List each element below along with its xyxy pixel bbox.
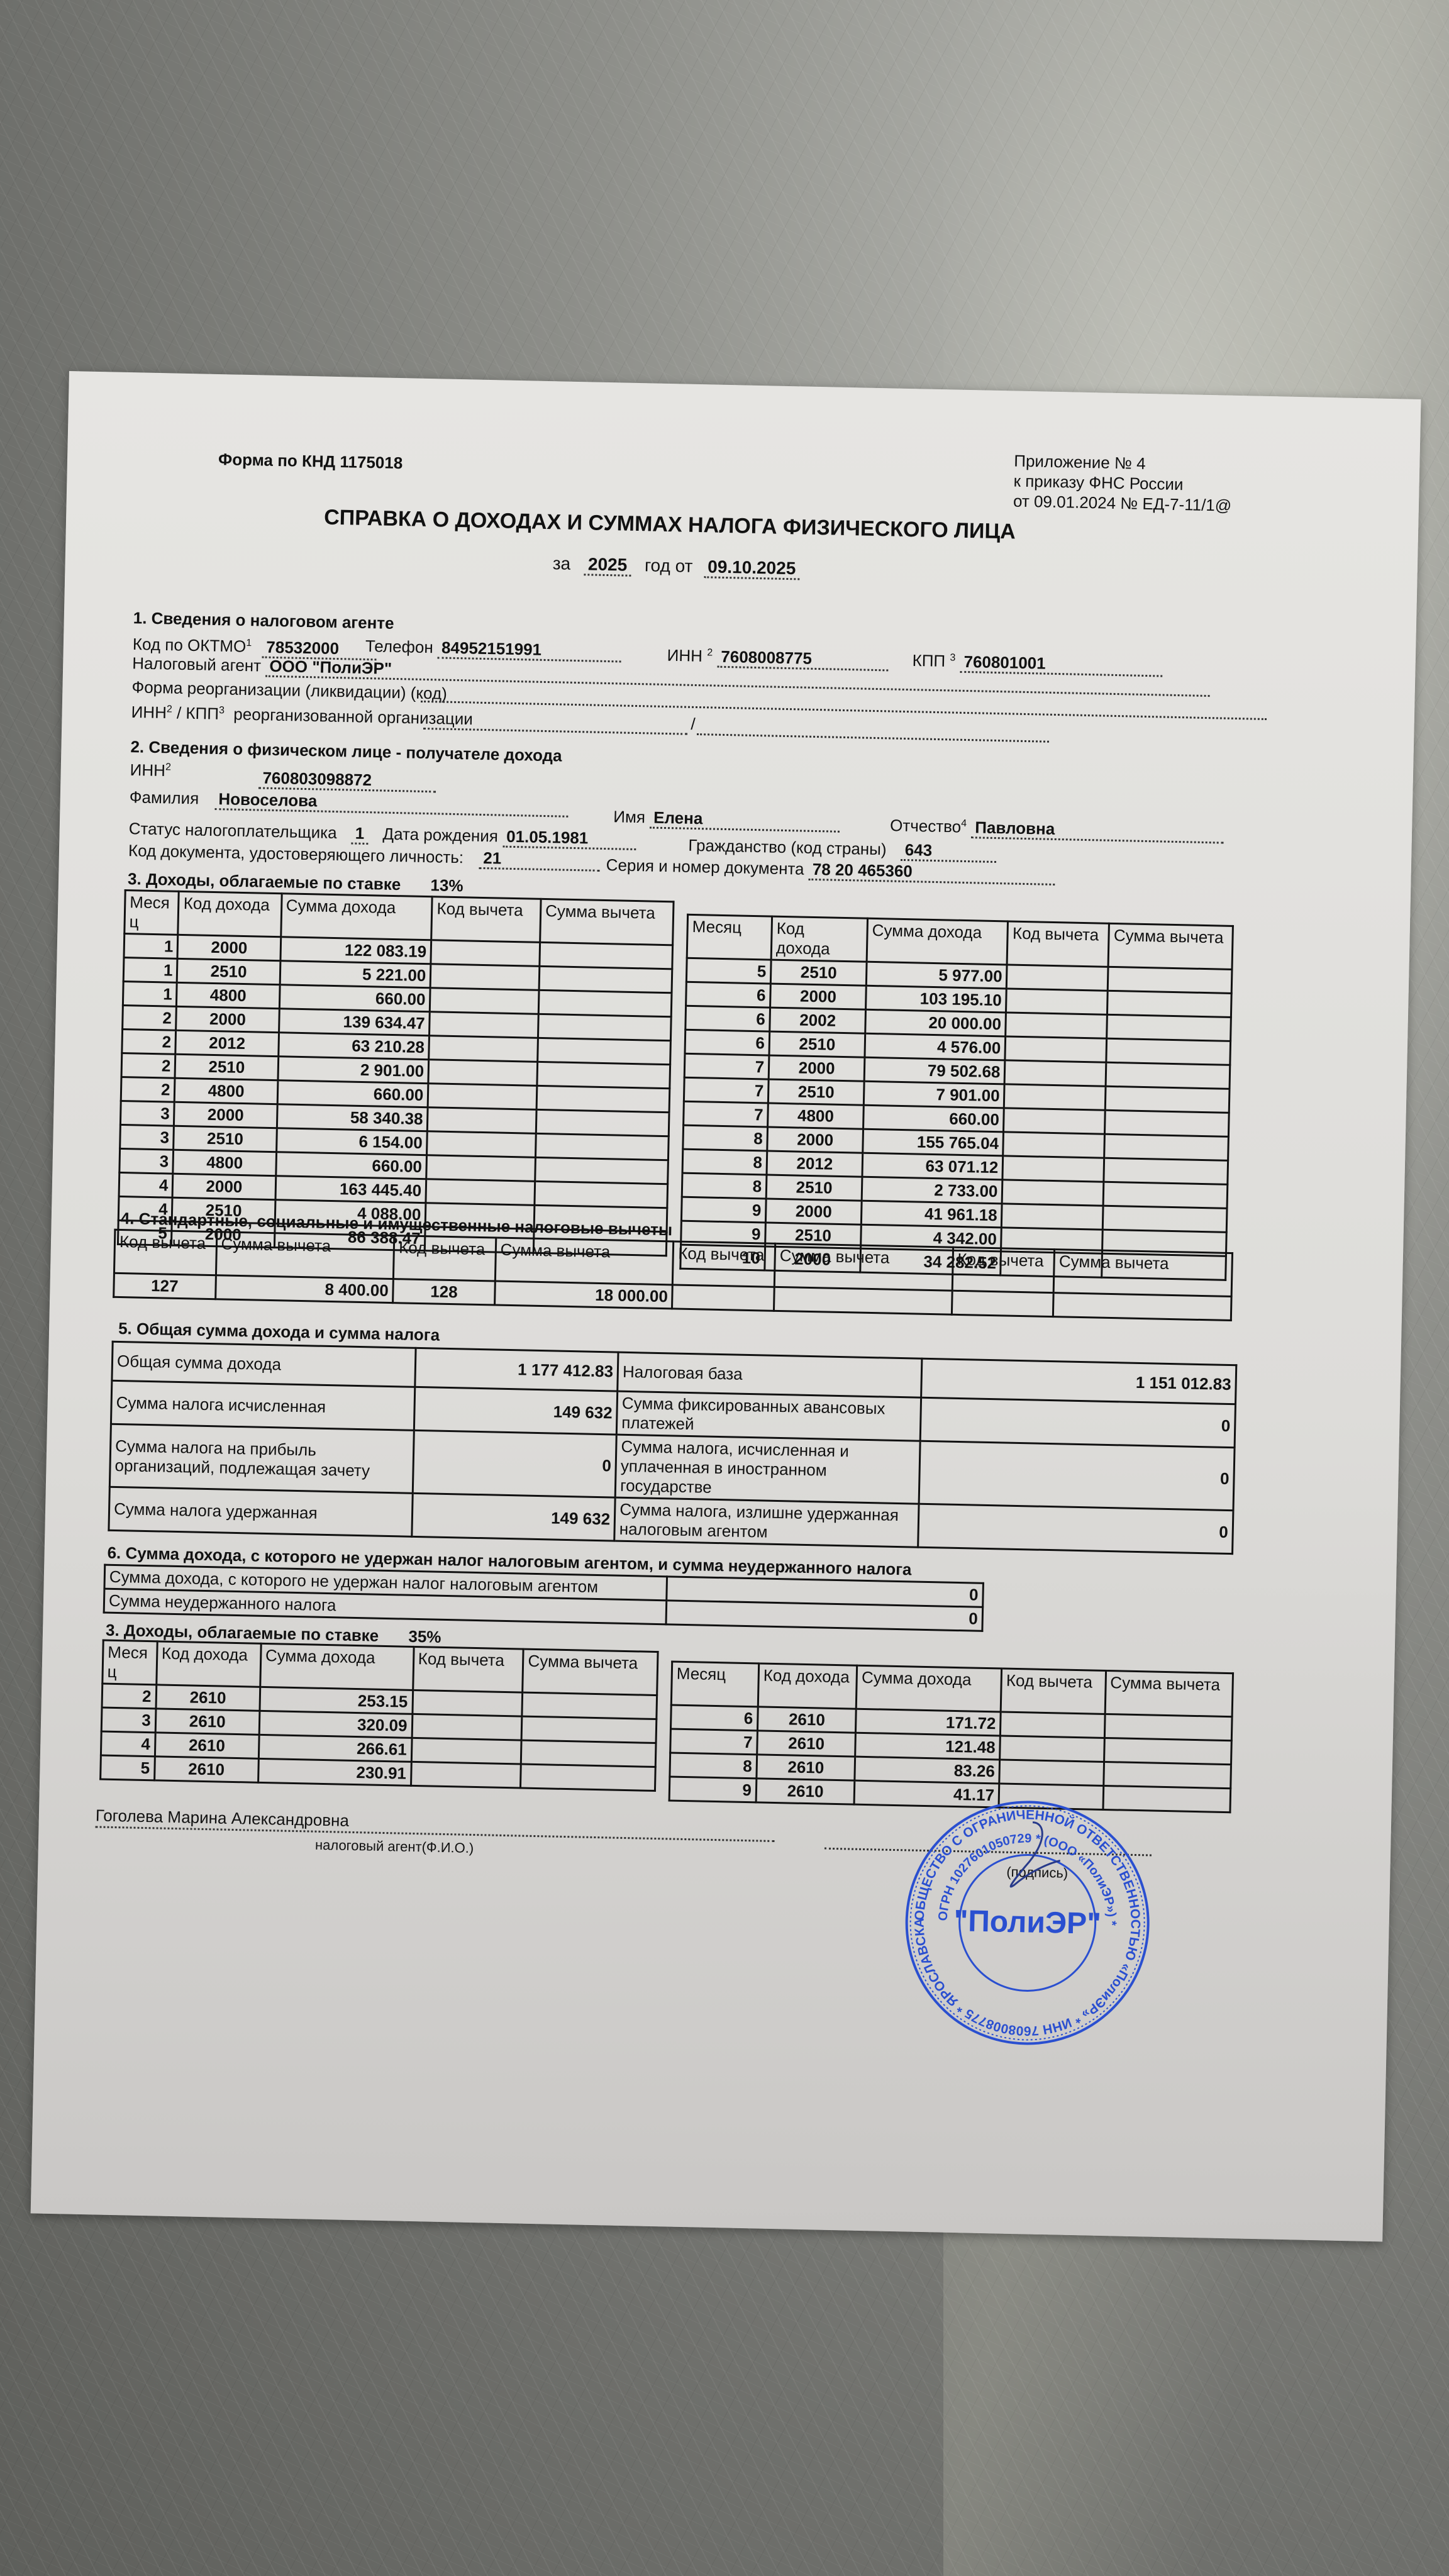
doc-number-label: Серия и номер документа bbox=[606, 855, 804, 879]
deduction-amount-cell bbox=[1108, 967, 1232, 993]
income13-table-left: Меся цКод доходаСумма доходаКод вычетаСу… bbox=[117, 889, 675, 1257]
oktmo-label: Код по ОКТМО bbox=[133, 635, 247, 656]
month-cell: 7 bbox=[684, 1101, 769, 1127]
period-line: за 2025 год от 09.10.2025 bbox=[552, 554, 799, 580]
agent-caption: налоговый агент(Ф.И.О.) bbox=[315, 1836, 474, 1858]
column-header: Сумма вычета bbox=[774, 1243, 953, 1291]
column-header: Сумма вычета bbox=[523, 1649, 658, 1695]
income-amount-cell: 2 733.00 bbox=[862, 1177, 1002, 1204]
agent-kpp-label: КПП bbox=[912, 651, 945, 670]
deduction-code-cell bbox=[1002, 1180, 1104, 1206]
deduction-code-cell bbox=[1006, 1013, 1108, 1038]
income-code-cell: 2510 bbox=[768, 1079, 864, 1105]
deduction-code-cell bbox=[1003, 1132, 1105, 1158]
deduction-amount-cell bbox=[537, 1062, 670, 1088]
total-label-cell: Сумма налога, исчисленная и уплаченная в… bbox=[615, 1435, 919, 1504]
income13-table-right: МесяцКод доходаСумма доходаКод вычетаСум… bbox=[679, 914, 1234, 1281]
income-amount-cell: 4 576.00 bbox=[865, 1033, 1006, 1060]
person-inn-label: ИНН2 bbox=[130, 757, 171, 780]
deduction-code-cell bbox=[426, 1155, 535, 1182]
deduction-amount-cell bbox=[539, 966, 672, 992]
person-inn-label-text: ИНН bbox=[130, 760, 165, 780]
income-amount-cell: 122 083.19 bbox=[280, 937, 431, 964]
oktmo-footnote: 1 bbox=[246, 638, 252, 648]
total-label-cell: Сумма налога, излишне удержанная налогов… bbox=[614, 1497, 919, 1547]
citizenship-value: 643 bbox=[901, 840, 997, 863]
income-code-cell: 2002 bbox=[770, 1008, 866, 1033]
month-cell: 4 bbox=[119, 1172, 173, 1197]
income-amount-cell: 660.00 bbox=[277, 1080, 429, 1108]
citizenship-label: Гражданство (код страны) bbox=[688, 836, 887, 859]
column-header: Код вычета bbox=[673, 1241, 775, 1287]
income-amount-cell: 5 221.00 bbox=[280, 961, 431, 988]
column-header: Код дохода bbox=[758, 1663, 857, 1709]
income-code-cell: 2510 bbox=[769, 1031, 865, 1057]
deduction-code-cell bbox=[1007, 965, 1109, 991]
deduction-amount-cell bbox=[1105, 1110, 1229, 1136]
column-header: Сумма дохода bbox=[856, 1665, 1001, 1712]
deduction-code-cell bbox=[411, 1738, 522, 1764]
birth-label: Дата рождения bbox=[382, 824, 498, 846]
deduction-code-cell bbox=[428, 1084, 536, 1110]
patronymic-value: Павловна bbox=[971, 818, 1224, 843]
month-cell: 6 bbox=[686, 982, 771, 1008]
income-amount-cell: 103 195.10 bbox=[866, 985, 1007, 1013]
income-amount-cell: 20 000.00 bbox=[865, 1009, 1006, 1036]
deduction-code-cell bbox=[1001, 1712, 1105, 1738]
income-code-cell: 2000 bbox=[767, 1127, 863, 1153]
for-label: за bbox=[552, 553, 570, 574]
income35-rate: 35% bbox=[408, 1627, 441, 1646]
deduction-amount-cell bbox=[521, 1716, 656, 1743]
deduction-code-cell bbox=[1006, 989, 1108, 1014]
month-cell: 3 bbox=[101, 1707, 155, 1733]
deduction-amount-cell bbox=[1053, 1293, 1231, 1321]
income-amount-cell: 320.09 bbox=[259, 1711, 413, 1738]
deduction-code-cell bbox=[952, 1291, 1053, 1316]
income-amount-cell: 171.72 bbox=[856, 1709, 1001, 1736]
reorg-separator: / bbox=[691, 714, 696, 733]
income-amount-cell: 7 901.00 bbox=[863, 1081, 1004, 1108]
income-amount-cell: 41 961.18 bbox=[861, 1201, 1002, 1228]
month-cell: 3 bbox=[119, 1148, 174, 1174]
agent-inn-label: ИНН bbox=[667, 646, 702, 665]
deduction-amount-cell bbox=[1106, 1086, 1230, 1113]
month-cell: 7 bbox=[684, 1077, 769, 1103]
column-header: Меся ц bbox=[103, 1640, 157, 1685]
deduction-code-cell bbox=[430, 964, 539, 991]
doc-code-value: 21 bbox=[479, 848, 601, 872]
patronymic-label: Отчество bbox=[890, 816, 962, 836]
deduction-amount-cell bbox=[1104, 1158, 1228, 1184]
deduction-amount-cell bbox=[535, 1157, 669, 1184]
income-amount-cell: 139 634.47 bbox=[279, 1009, 430, 1036]
month-cell: 3 bbox=[120, 1101, 174, 1126]
month-cell: 8 bbox=[683, 1125, 768, 1151]
income-amount-cell: 163 445.40 bbox=[275, 1176, 426, 1203]
deduction-amount-cell bbox=[521, 1740, 656, 1767]
income-code-cell: 2000 bbox=[174, 1102, 277, 1128]
phone-label: Телефон bbox=[365, 636, 433, 657]
month-cell: 1 bbox=[124, 934, 178, 959]
column-header: Сумма вычета bbox=[540, 899, 674, 945]
income-amount-cell: 58 340.38 bbox=[277, 1104, 428, 1131]
month-cell: 7 bbox=[684, 1053, 769, 1079]
first-name-value: Елена bbox=[650, 808, 840, 832]
deduction-code-cell bbox=[999, 1760, 1104, 1785]
income13-rate: 13% bbox=[430, 875, 464, 895]
report-date: 09.10.2025 bbox=[704, 557, 800, 580]
income-code-cell: 2610 bbox=[757, 1707, 856, 1733]
income35-table-right: МесяцКод доходаСумма доходаКод вычетаСум… bbox=[669, 1660, 1234, 1813]
income-code-cell: 2510 bbox=[177, 958, 280, 984]
deduction-code-cell bbox=[428, 1108, 536, 1134]
deduction-amount-cell bbox=[1104, 1134, 1228, 1160]
agent-label: Налоговый агент bbox=[132, 653, 261, 675]
deduction-amount-cell: 18 000.00 bbox=[494, 1281, 672, 1309]
deduction-amount-cell bbox=[1108, 991, 1231, 1017]
deduction-amount-cell bbox=[1107, 1014, 1231, 1041]
income-amount-cell: 660.00 bbox=[275, 1152, 427, 1179]
year-from-label: год от bbox=[645, 555, 693, 576]
deduction-amount-cell bbox=[1104, 1738, 1231, 1764]
income-code-cell: 2000 bbox=[176, 1006, 279, 1032]
surname-value: Новоселова bbox=[214, 789, 569, 818]
deduction-amount-cell bbox=[540, 942, 673, 969]
income-code-cell: 2000 bbox=[172, 1174, 275, 1199]
month-cell: 5 bbox=[686, 958, 771, 984]
income-amount-cell: 2 901.00 bbox=[277, 1057, 429, 1084]
income-amount-cell: 230.91 bbox=[258, 1758, 411, 1785]
income-code-cell: 2510 bbox=[770, 960, 867, 985]
month-cell: 2 bbox=[121, 1077, 175, 1102]
reorg-inn-kpp-row: ИНН2 / КПП3 реорганизованной организации bbox=[131, 699, 473, 728]
column-header: Код вычета bbox=[1008, 921, 1109, 967]
column-header: Сумма вычета bbox=[1105, 1670, 1233, 1716]
appendix-note: Приложение № 4 к приказу ФНС России от 0… bbox=[1013, 450, 1233, 515]
deduction-code-cell bbox=[430, 988, 539, 1014]
column-header: Код вычета bbox=[952, 1247, 1055, 1292]
month-cell: 8 bbox=[682, 1149, 767, 1175]
agent-kpp-footnote: 3 bbox=[950, 652, 955, 663]
total-label-cell: Сумма фиксированных авансовых платежей bbox=[616, 1391, 921, 1441]
section5-heading: 5. Общая сумма дохода и сумма налога bbox=[118, 1319, 440, 1345]
section1-heading: 1. Сведения о налоговом агенте bbox=[133, 608, 394, 633]
month-cell: 2 bbox=[102, 1684, 156, 1709]
column-header: Меся ц bbox=[125, 891, 179, 935]
doc-number-value: 78 20 465360 bbox=[808, 860, 1055, 885]
reorg-kpp-field bbox=[697, 733, 1049, 743]
deduction-amount-cell bbox=[1103, 1762, 1231, 1788]
month-cell: 8 bbox=[670, 1753, 757, 1779]
income-code-cell: 2000 bbox=[177, 935, 280, 960]
document-title: СПРАВКА О ДОХОДАХ И СУММАХ НАЛОГА ФИЗИЧЕ… bbox=[324, 506, 1016, 545]
deduction-amount-cell bbox=[538, 990, 672, 1016]
column-header: Сумма вычета bbox=[1053, 1250, 1232, 1297]
income-code-cell: 2510 bbox=[175, 1054, 278, 1080]
total-value-cell: 1 151 012.83 bbox=[921, 1358, 1236, 1404]
patronymic-footnote: 4 bbox=[961, 818, 967, 829]
income-code-cell: 4800 bbox=[175, 1078, 278, 1104]
income-amount-cell: 266.61 bbox=[258, 1735, 412, 1762]
column-header: Сумма вычета bbox=[216, 1232, 394, 1279]
appendix-line-3: от 09.01.2024 № ЕД-7-11/1@ bbox=[1013, 491, 1232, 515]
deduction-code-cell bbox=[411, 1762, 521, 1788]
deduction-amount-cell bbox=[1106, 1062, 1230, 1089]
income-code-cell: 2012 bbox=[767, 1151, 863, 1177]
column-header: Код вычета bbox=[413, 1646, 523, 1692]
income-code-cell: 4800 bbox=[768, 1103, 864, 1129]
income-code-cell: 4800 bbox=[173, 1150, 276, 1175]
svg-text:"ПолиЭР": "ПолиЭР" bbox=[953, 1904, 1101, 1941]
column-header: Код дохода bbox=[771, 916, 867, 962]
reorg-form-field bbox=[421, 701, 1267, 720]
deduction-code-cell bbox=[1004, 1084, 1106, 1110]
income-amount-cell: 6 154.00 bbox=[276, 1128, 428, 1155]
reorg-kpp-label: / КПП bbox=[172, 703, 219, 723]
deduction-code-cell bbox=[412, 1714, 523, 1740]
deduction-amount-cell bbox=[1106, 1038, 1230, 1065]
income-amount-cell: 83.26 bbox=[855, 1757, 1000, 1784]
deduction-code-cell bbox=[431, 940, 540, 967]
month-cell: 7 bbox=[670, 1729, 758, 1755]
total-label-cell: Налоговая база bbox=[618, 1352, 922, 1397]
total-value-cell: 149 632 bbox=[414, 1387, 618, 1435]
form-code: Форма по КНД 1175018 bbox=[218, 450, 403, 472]
column-header: Сумма дохода bbox=[280, 894, 432, 940]
phone-value: 84952151991 bbox=[438, 638, 622, 662]
deduction-code-cell bbox=[1002, 1204, 1104, 1230]
deduction-amount-cell bbox=[522, 1692, 657, 1719]
month-cell: 2 bbox=[122, 1030, 176, 1055]
month-cell: 1 bbox=[123, 982, 177, 1007]
income-amount-cell: 121.48 bbox=[855, 1733, 1001, 1760]
deduction-amount-cell bbox=[538, 1038, 671, 1064]
section2-heading: 2. Сведения о физическом лице - получате… bbox=[130, 737, 562, 765]
column-header: Код вычета bbox=[114, 1230, 216, 1275]
surname-row: Фамилия Новоселова bbox=[129, 787, 568, 818]
income-amount-cell: 79 502.68 bbox=[864, 1057, 1005, 1084]
total-value-cell: 0 bbox=[413, 1430, 617, 1497]
income-amount-cell: 155 765.04 bbox=[863, 1129, 1004, 1156]
deduction-code-cell bbox=[1004, 1108, 1106, 1134]
income-code-cell: 2012 bbox=[175, 1030, 279, 1056]
income-code-cell: 2610 bbox=[757, 1755, 855, 1780]
birth-value: 01.05.1981 bbox=[502, 827, 636, 850]
agent-inn-footnote: 2 bbox=[707, 647, 713, 658]
deduction-code-cell: 128 bbox=[393, 1279, 495, 1305]
month-cell: 6 bbox=[686, 1006, 770, 1031]
deduction-code-cell bbox=[412, 1690, 523, 1716]
deduction-code-cell: 127 bbox=[114, 1273, 216, 1299]
reorg-form-label: Форма реорганизации (ликвидации) (код) bbox=[131, 677, 447, 702]
report-year: 2025 bbox=[584, 555, 631, 577]
income-amount-cell: 660.00 bbox=[863, 1105, 1004, 1132]
income-code-cell: 2610 bbox=[155, 1709, 260, 1735]
income-code-cell: 2610 bbox=[756, 1779, 855, 1804]
deduction-amount-cell bbox=[538, 1014, 671, 1040]
income-amount-cell: 63 071.12 bbox=[862, 1153, 1003, 1180]
income-code-cell: 2510 bbox=[174, 1126, 277, 1152]
month-cell: 9 bbox=[669, 1777, 757, 1802]
month-cell: 5 bbox=[101, 1755, 155, 1780]
total-label-cell: Сумма налога на прибыль организаций, под… bbox=[109, 1424, 414, 1493]
income-code-cell: 2610 bbox=[154, 1757, 258, 1782]
deduction-code-cell bbox=[1000, 1736, 1104, 1762]
reorg-inn-label: ИНН bbox=[131, 702, 167, 722]
total-value-cell: 1 177 412.83 bbox=[415, 1348, 618, 1391]
deduction-code-cell bbox=[430, 1012, 538, 1038]
person-inn-row: 760803098872 bbox=[258, 768, 436, 792]
surname-label: Фамилия bbox=[130, 787, 199, 808]
column-header: Код дохода bbox=[178, 891, 281, 936]
deduction-code-cell bbox=[1005, 1036, 1107, 1062]
deduction-amount-cell bbox=[536, 1109, 669, 1136]
name-row: Имя Елена bbox=[613, 807, 840, 833]
deduction-amount-cell bbox=[1103, 1206, 1227, 1232]
deduction-code-cell bbox=[672, 1285, 774, 1311]
income-amount-cell: 660.00 bbox=[279, 985, 431, 1012]
column-header: Код вычета bbox=[431, 897, 541, 943]
month-cell: 4 bbox=[101, 1731, 155, 1757]
column-header: Месяц bbox=[671, 1662, 758, 1707]
column-header: Сумма вычета bbox=[495, 1238, 674, 1285]
deduction-amount-cell bbox=[774, 1287, 952, 1314]
company-stamp: ОБЩЕСТВО С ОГРАНИЧЕННОЙ ОТВЕТСТВЕННОСТЬЮ… bbox=[899, 1794, 1156, 2051]
income-code-cell: 2610 bbox=[155, 1733, 259, 1758]
patronymic-row: Отчество4 Павловна bbox=[890, 813, 1224, 843]
tax-certificate-paper: Форма по КНД 1175018 Приложение № 4 к пр… bbox=[31, 371, 1421, 2241]
column-header: Код вычета bbox=[1001, 1668, 1106, 1714]
stamp-seal-icon: ОБЩЕСТВО С ОГРАНИЧЕННОЙ ОТВЕТСТВЕННОСТЬЮ… bbox=[899, 1794, 1156, 2051]
deduction-amount-cell bbox=[1104, 1714, 1232, 1740]
deduction-code-cell bbox=[1002, 1156, 1104, 1182]
deduction-amount-cell bbox=[521, 1764, 655, 1790]
column-header: Сумма дохода bbox=[867, 918, 1008, 965]
column-header: Код вычета bbox=[394, 1236, 496, 1281]
income-code-cell: 2610 bbox=[156, 1685, 260, 1711]
total-value-cell: 0 bbox=[919, 1441, 1235, 1510]
income-code-cell: 2510 bbox=[766, 1175, 862, 1201]
deduction-code-cell bbox=[426, 1179, 535, 1206]
totals-table: Общая сумма дохода1 177 412.83Налоговая … bbox=[108, 1341, 1237, 1555]
deduction-code-cell bbox=[427, 1131, 536, 1158]
deduction-amount-cell bbox=[1103, 1182, 1227, 1208]
column-header: Код дохода bbox=[156, 1641, 261, 1687]
column-header: Сумма вычета bbox=[1108, 923, 1233, 969]
column-header: Сумма дохода bbox=[260, 1643, 413, 1690]
income-amount-cell: 63 210.28 bbox=[278, 1033, 430, 1060]
total-value-cell: 0 bbox=[918, 1504, 1233, 1553]
total-label-cell: Сумма налога удержанная bbox=[109, 1487, 413, 1536]
reorg-org-label: реорганизованной организации bbox=[233, 704, 473, 728]
deduction-amount-cell bbox=[535, 1133, 669, 1160]
total-value-cell: 0 bbox=[920, 1397, 1236, 1447]
month-cell: 8 bbox=[682, 1173, 767, 1199]
reorg-inn-field bbox=[423, 728, 687, 735]
month-cell: 2 bbox=[121, 1053, 175, 1078]
reorg-kpp-footnote: 3 bbox=[219, 705, 225, 716]
income-code-cell: 4800 bbox=[177, 982, 280, 1008]
total-label-cell: Сумма налога исчисленная bbox=[111, 1380, 415, 1430]
deduction-code-cell bbox=[1005, 1060, 1107, 1086]
total-label-cell: Общая сумма дохода bbox=[112, 1341, 416, 1387]
month-cell: 6 bbox=[685, 1030, 770, 1055]
income-amount-cell: 253.15 bbox=[260, 1687, 413, 1714]
income-code-cell: 2610 bbox=[757, 1731, 856, 1757]
month-cell: 1 bbox=[123, 958, 177, 983]
person-inn-value: 760803098872 bbox=[258, 768, 436, 792]
deduction-amount-cell bbox=[536, 1085, 670, 1112]
person-inn-footnote: 2 bbox=[165, 762, 171, 772]
income35-table-left: Меся цКод доходаСумма доходаКод вычетаСу… bbox=[99, 1640, 658, 1792]
income-amount-cell: 5 977.00 bbox=[866, 962, 1007, 989]
first-name-label: Имя bbox=[613, 807, 645, 826]
month-cell: 2 bbox=[123, 1006, 177, 1031]
month-cell: 3 bbox=[120, 1124, 174, 1150]
deduction-amount-cell: 8 400.00 bbox=[215, 1275, 393, 1303]
month-cell: 9 bbox=[681, 1197, 766, 1223]
total-value-cell: 149 632 bbox=[412, 1493, 615, 1541]
income-code-cell: 2000 bbox=[769, 1055, 865, 1081]
status-value: 1 bbox=[351, 824, 368, 845]
deduction-amount-cell bbox=[535, 1181, 668, 1207]
column-header: Месяц bbox=[687, 914, 772, 960]
deduction-code-cell bbox=[428, 1060, 537, 1086]
deduction-code-cell bbox=[429, 1036, 538, 1062]
income-code-cell: 2000 bbox=[770, 984, 867, 1009]
income-code-cell: 2000 bbox=[765, 1199, 862, 1224]
status-label: Статус налогоплательщика bbox=[128, 819, 336, 842]
month-cell: 6 bbox=[670, 1705, 758, 1731]
